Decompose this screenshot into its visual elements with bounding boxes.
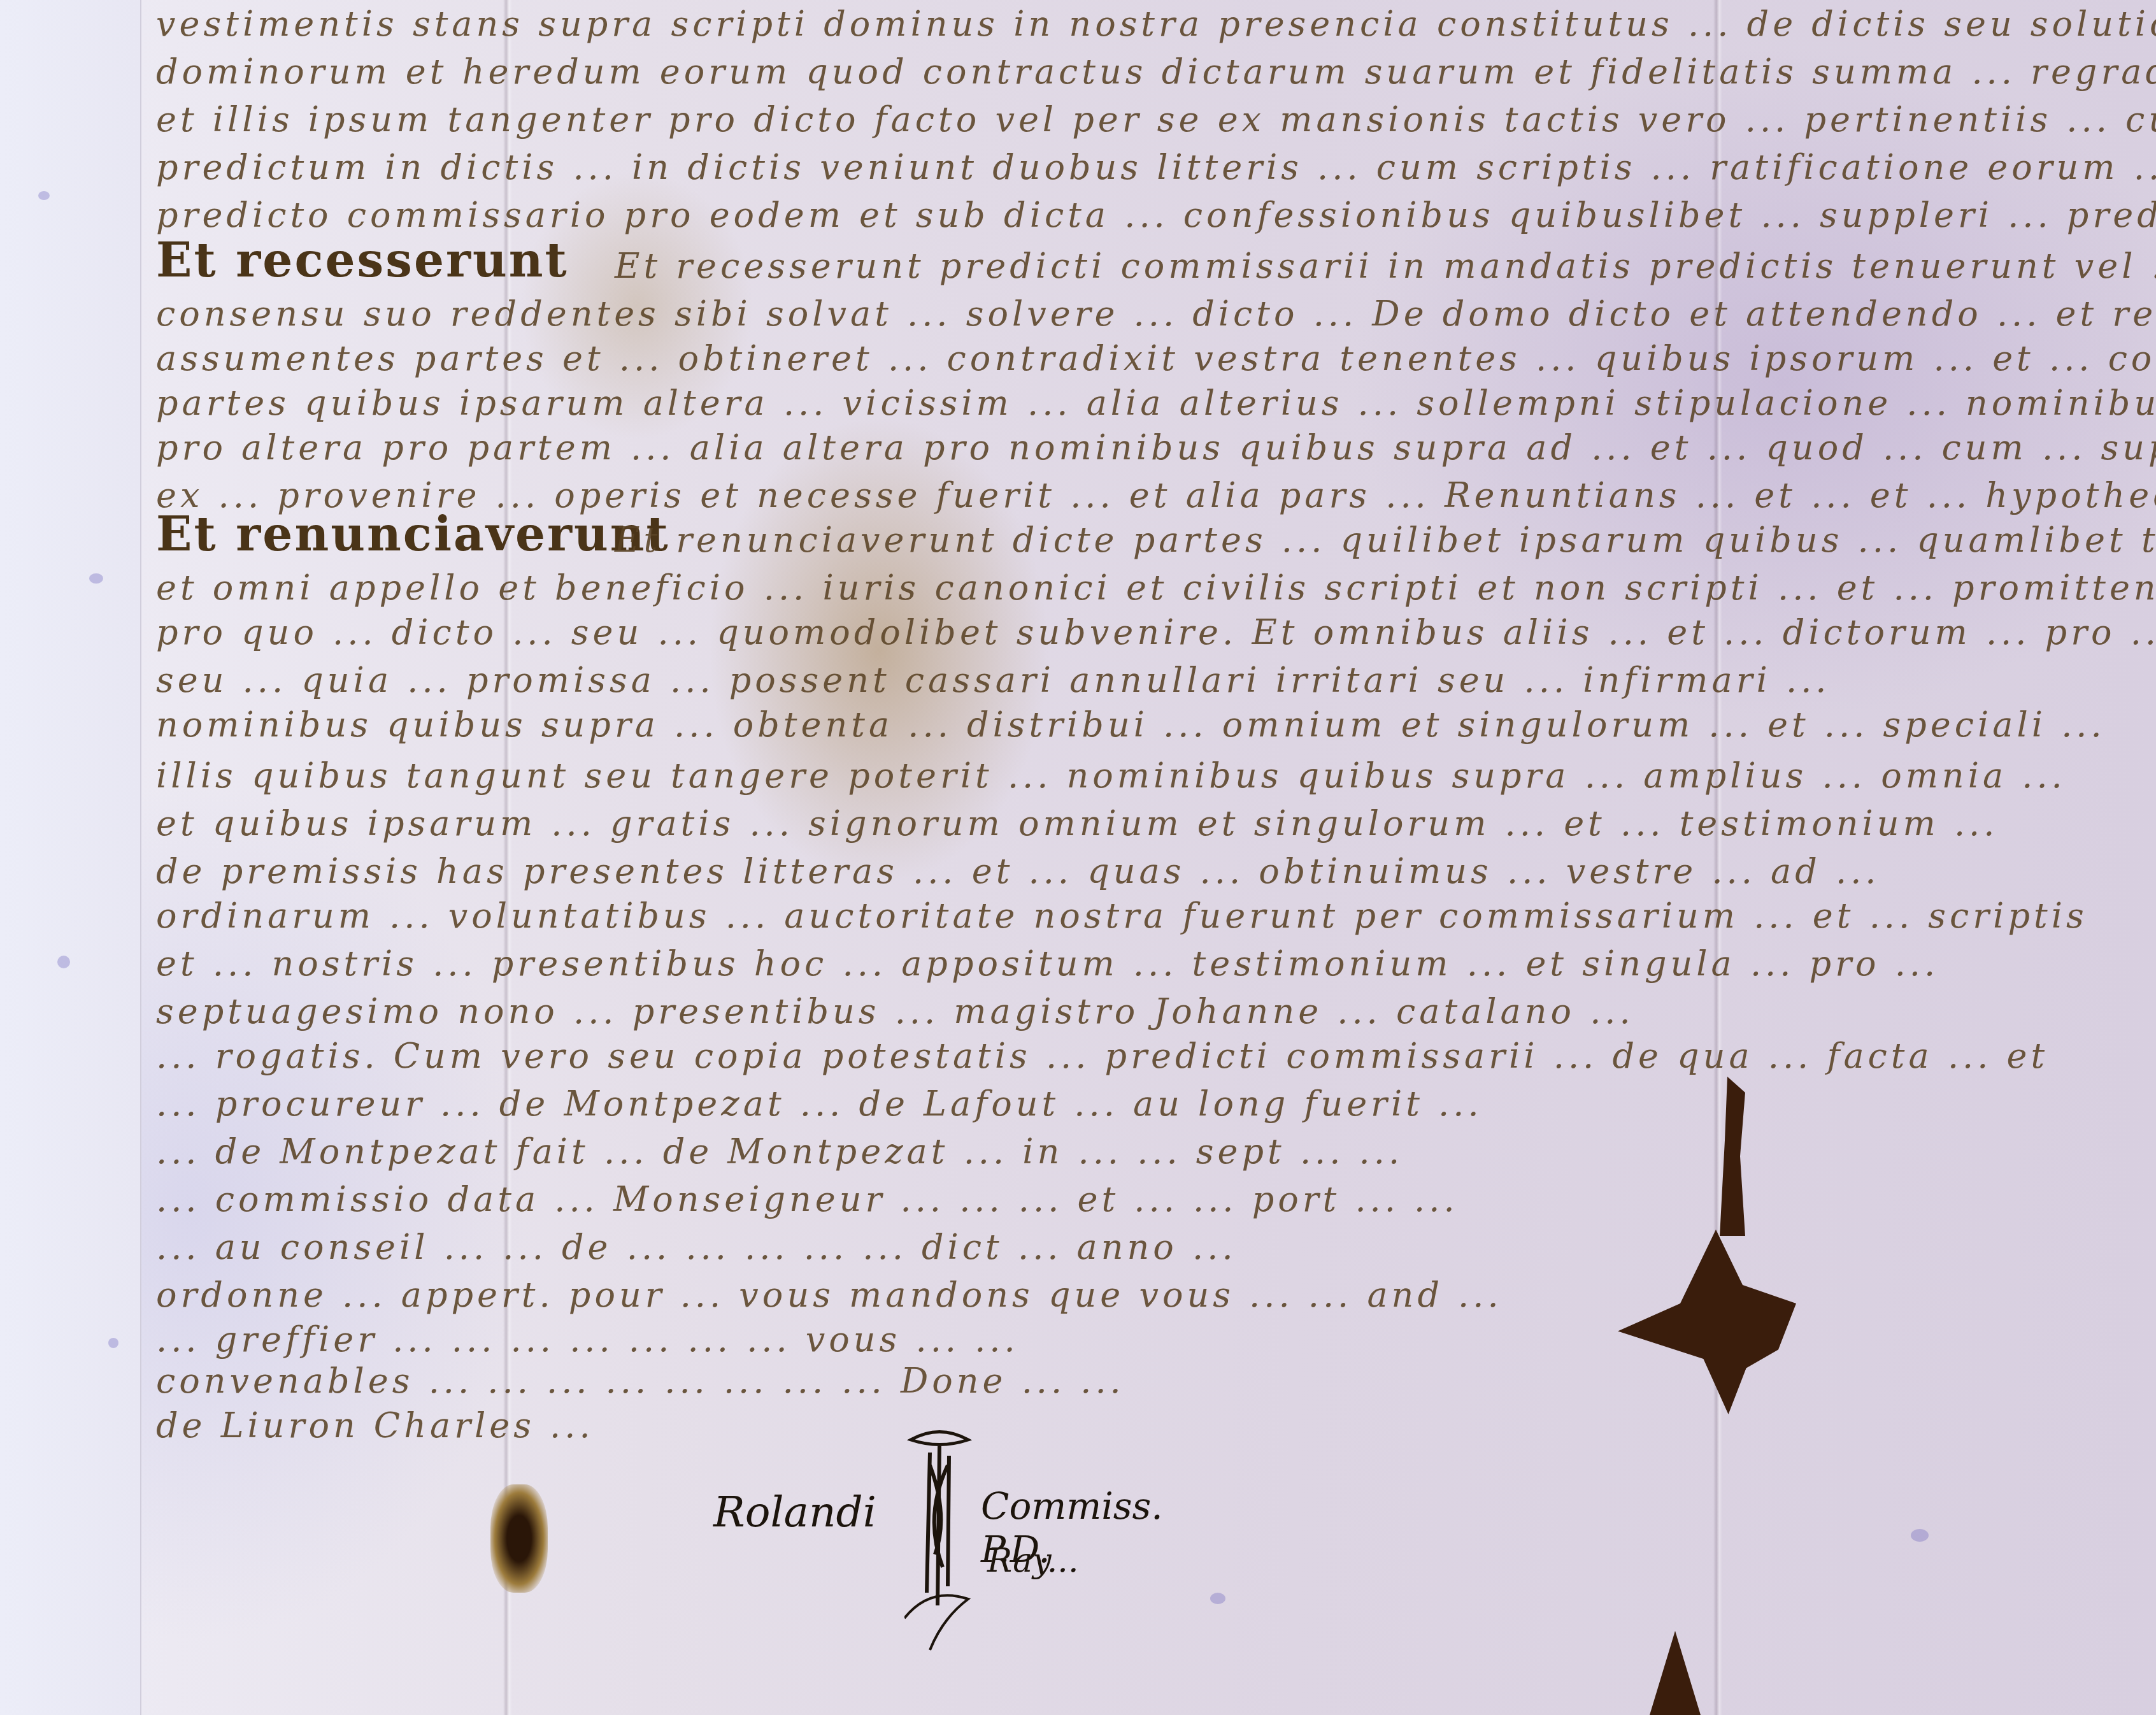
text-line: ordonne ... appert. pour ... vous mandon…: [156, 1275, 1503, 1315]
text-line: vestimentis stans supra scripti dominus …: [156, 4, 2156, 44]
text-line: assumentes partes et ... obtineret ... c…: [156, 338, 2156, 378]
text-line: partes quibus ipsarum altera ... vicissi…: [156, 383, 2156, 423]
text-line: pro altera pro partem ... alia altera pr…: [156, 427, 2156, 468]
text-line: de Liuron Charles ...: [156, 1405, 594, 1446]
text-line: ordinarum ... voluntatibus ... auctorita…: [156, 896, 2088, 936]
notarial-mark-icon: [904, 1427, 974, 1656]
text-line: illis quibus tangunt seu tangere poterit…: [156, 756, 2066, 796]
text-line: nominibus quibus supra ... obtenta ... d…: [156, 705, 2106, 745]
text-line: ... rogatis. Cum vero seu copia potestat…: [156, 1036, 2048, 1076]
text-line: et quibus ipsarum ... gratis ... signoru…: [156, 803, 1998, 843]
text-line: Et recesserunt predicti commissarii in m…: [615, 246, 2156, 286]
ink-speck: [108, 1338, 118, 1348]
text-line: consensu suo reddentes sibi solvat ... s…: [156, 294, 2156, 334]
burn-hole: [490, 1484, 548, 1593]
text-line: ... commissio data ... Monseigneur ... .…: [156, 1179, 1459, 1219]
text-line: ... procureur ... de Montpezat ... de La…: [156, 1084, 1483, 1124]
text-line: septuagesimo nono ... presentibus ... ma…: [156, 991, 1634, 1031]
notarial-signature: Rolandi Commiss. P.D. Ray...: [713, 1427, 1236, 1669]
signature-name: Rolandi: [713, 1488, 876, 1537]
text-line: et illis ipsum tangenter pro dicto facto…: [156, 99, 2156, 140]
ink-speck: [57, 956, 70, 968]
text-line: ... de Montpezat fait ... de Montpezat .…: [156, 1131, 1403, 1172]
ink-speck: [89, 573, 103, 584]
ink-speck: [1911, 1529, 1929, 1542]
left-margin: [0, 0, 141, 1715]
ink-speck: [38, 191, 50, 200]
text-line: seu ... quia ... promissa ... possent ca…: [156, 660, 1831, 700]
text-line: ... greffier ... ... ... ... ... ... ...…: [156, 1319, 1019, 1360]
text-line: et omni appello et beneficio ... iuris c…: [156, 568, 2156, 608]
text-line: predictum in dictis ... in dictis veniun…: [156, 147, 2156, 187]
text-line: ... au conseil ... ... de ... ... ... ..…: [156, 1227, 1237, 1267]
text-line: de premissis has presentes litteras ... …: [156, 851, 1880, 891]
text-line: dominorum et heredum eorum quod contract…: [156, 52, 2156, 92]
text-line: pro quo ... dicto ... seu ... quomodolib…: [156, 612, 2156, 652]
text-line: predicto commissario pro eodem et sub di…: [156, 195, 2156, 235]
signature-subscript: Ray...: [987, 1542, 1078, 1580]
text-line: Et renunciaverunt dicte partes ... quili…: [615, 520, 2156, 560]
text-line: et ... nostris ... presentibus hoc ... a…: [156, 944, 1939, 984]
rubric-recesserunt: Et recesserunt: [156, 233, 569, 288]
text-line: convenables ... ... ... ... ... ... ... …: [156, 1361, 1125, 1401]
rubric-renunciaverunt: Et renunciaverunt: [156, 507, 670, 562]
